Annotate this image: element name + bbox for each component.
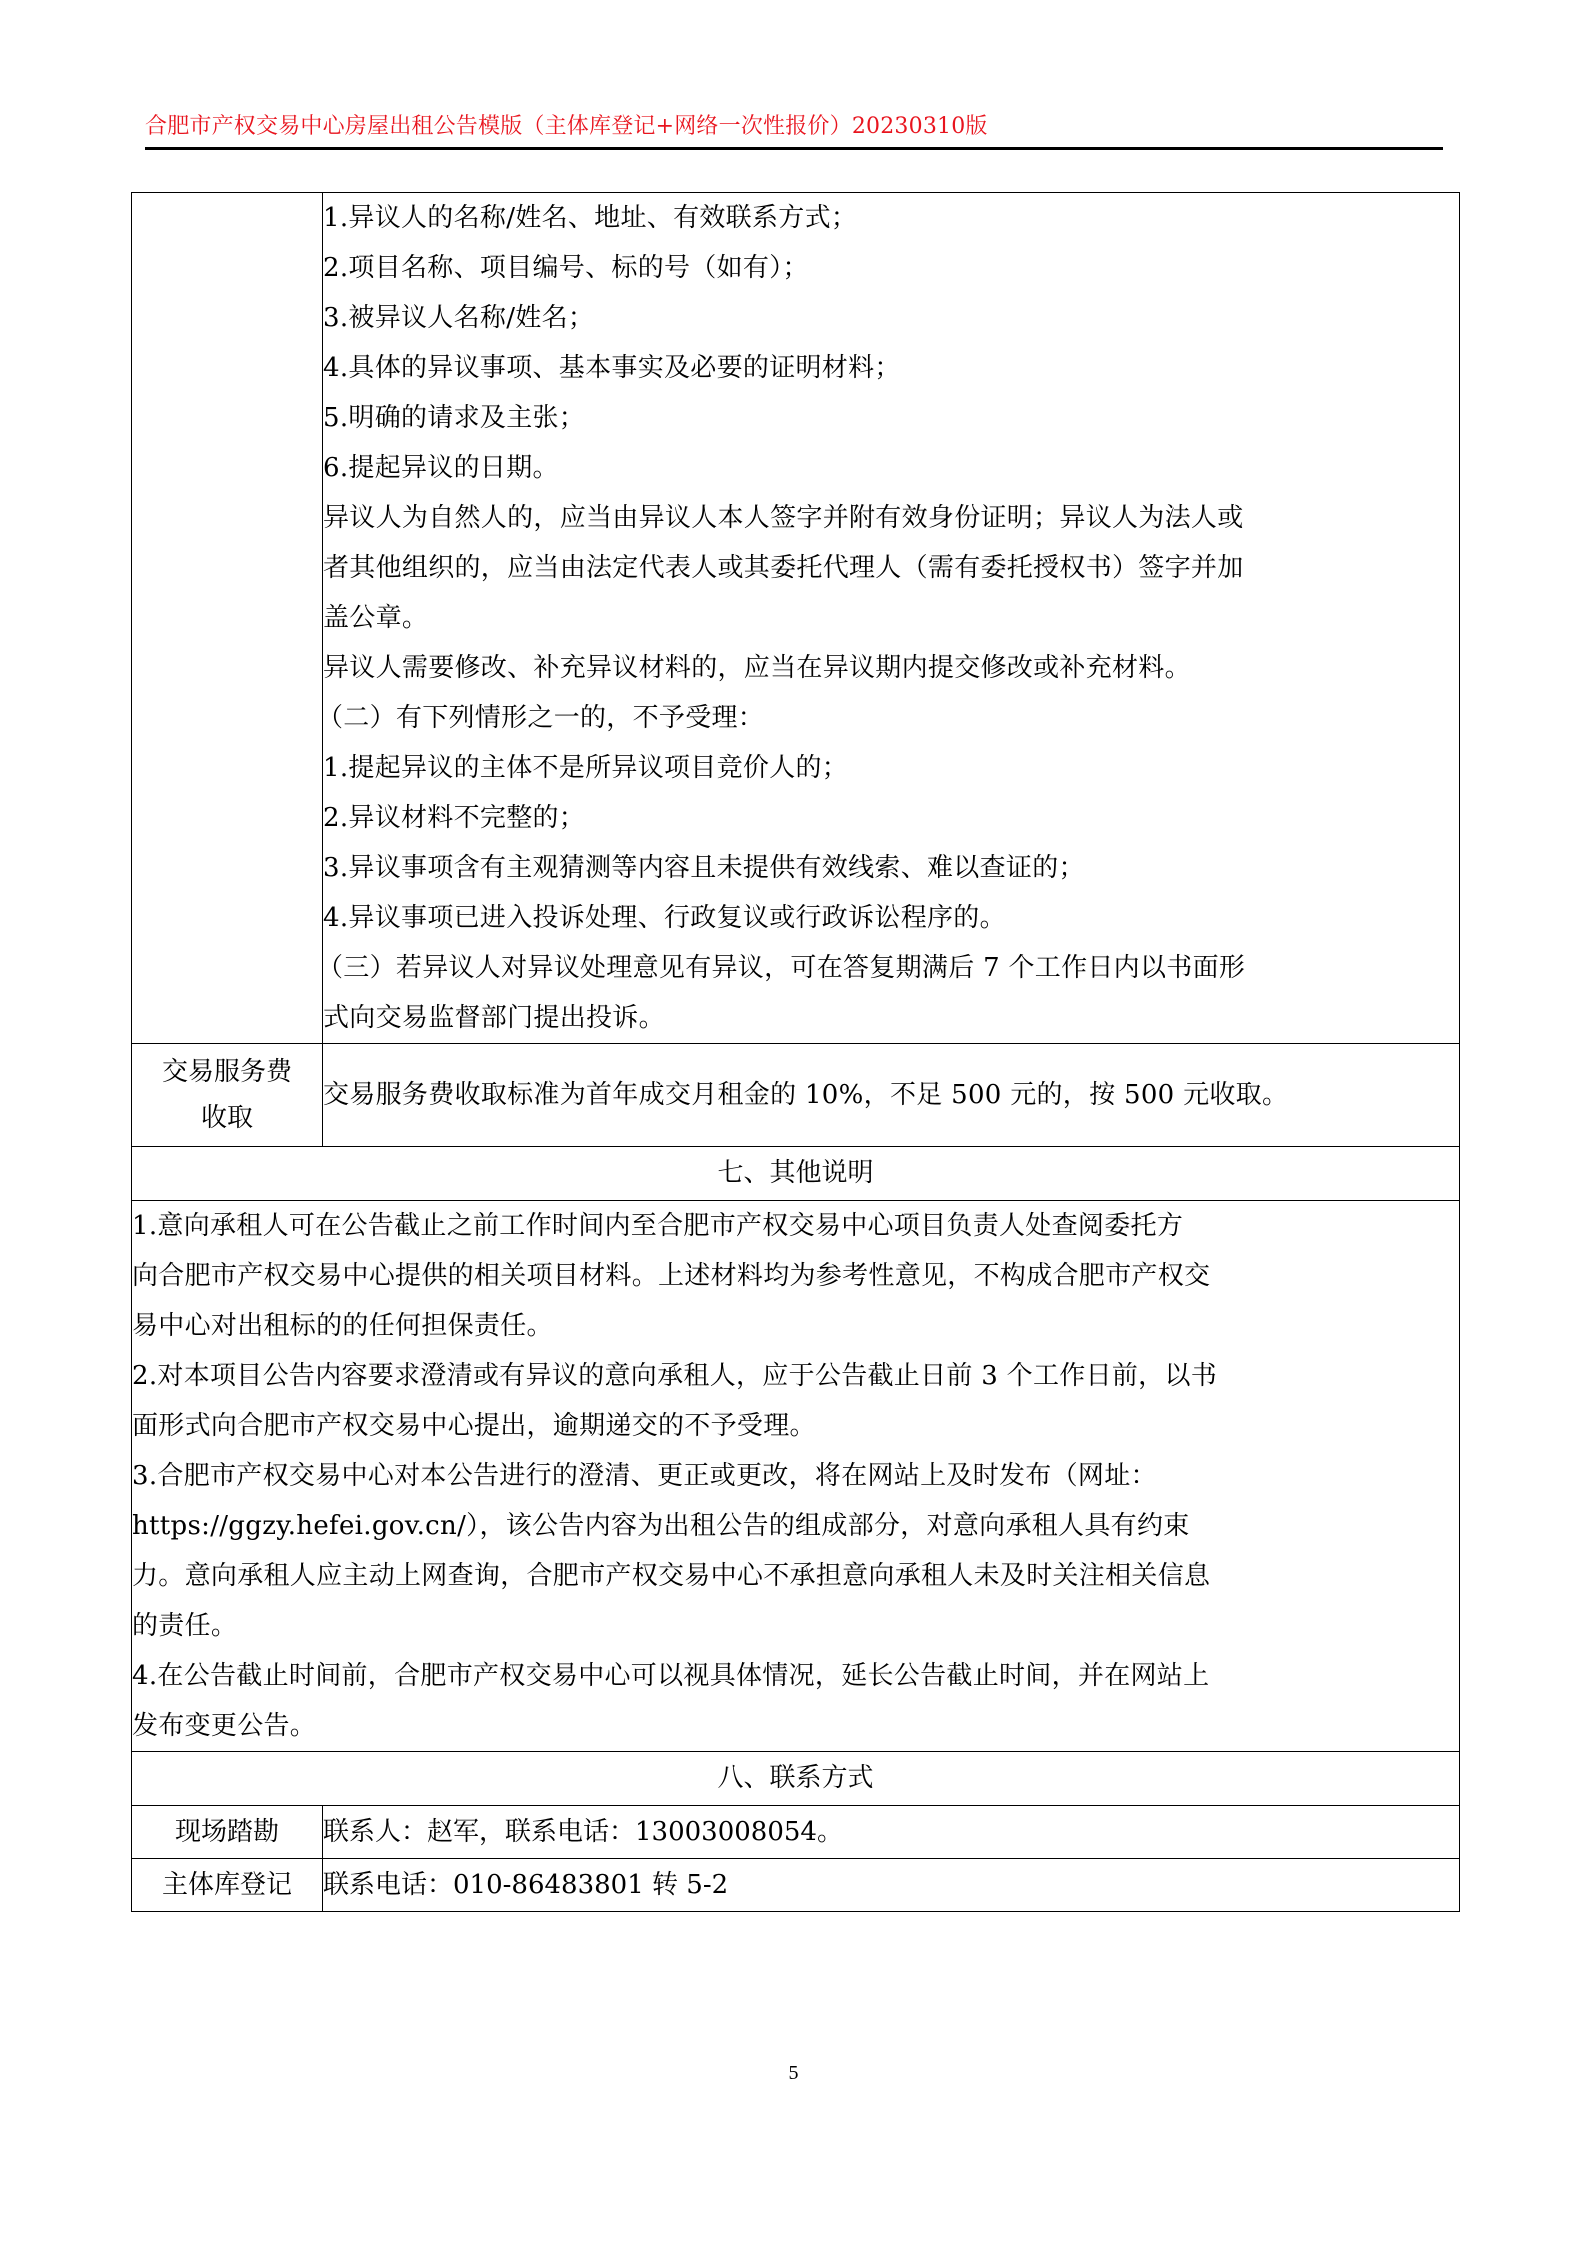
objection-line: 3.异议事项含有主观猜测等内容且未提供有效线索、难以查证的； <box>323 843 1459 893</box>
objection-subheading: （二）有下列情形之一的，不予受理： <box>317 693 1459 743</box>
objection-line: 式向交易监督部门提出投诉。 <box>323 993 1459 1043</box>
contact-row-site-visit: 现场踏勘 联系人：赵军，联系电话：13003008054。 <box>132 1806 1460 1859</box>
note-line: 力。意向承租人应主动上网查询，合肥市产权交易中心不承担意向承租人未及时关注相关信… <box>132 1551 1459 1601</box>
service-fee-label: 交易服务费 收取 <box>132 1044 323 1147</box>
section8-title-row: 八、联系方式 <box>132 1752 1460 1806</box>
objection-line: 1.异议人的名称/姓名、地址、有效联系方式； <box>323 193 1459 243</box>
service-fee-label-line: 收取 <box>132 1095 322 1141</box>
objection-line: 5.明确的请求及主张； <box>323 393 1459 443</box>
page-number: 5 <box>0 2062 1587 2085</box>
note-line: 的责任。 <box>132 1601 1459 1651</box>
website-link-line[interactable]: https://ggzy.hefei.gov.cn/），该公告内容为出租公告的组… <box>132 1501 1459 1551</box>
objection-line: 3.被异议人名称/姓名； <box>323 293 1459 343</box>
section7-content: 1.意向承租人可在公告截止之前工作时间内至合肥市产权交易中心项目负责人处查阅委托… <box>132 1201 1460 1752</box>
note-line: 发布变更公告。 <box>132 1701 1459 1751</box>
note-line: 3.合肥市产权交易中心对本公告进行的澄清、更正或更改，将在网站上及时发布（网址： <box>132 1451 1459 1501</box>
note-line: 2.对本项目公告内容要求澄清或有异议的意向承租人，应于公告截止日前 3 个工作日… <box>132 1351 1459 1401</box>
objection-line: 盖公章。 <box>323 593 1459 643</box>
contact-label: 现场踏勘 <box>132 1806 323 1859</box>
objection-line: 4.具体的异议事项、基本事实及必要的证明材料； <box>323 343 1459 393</box>
objection-line: 者其他组织的，应当由法定代表人或其委托代理人（需有委托授权书）签字并加 <box>323 543 1459 593</box>
objection-line: 2.项目名称、项目编号、标的号（如有）； <box>323 243 1459 293</box>
note-line: 面形式向合肥市产权交易中心提出，逾期递交的不予受理。 <box>132 1401 1459 1451</box>
document-header-title: 合肥市产权交易中心房屋出租公告模版（主体库登记+网络一次性报价）20230310… <box>145 112 1443 142</box>
objection-line: 4.异议事项已进入投诉处理、行政复议或行政诉讼程序的。 <box>323 893 1459 943</box>
objection-line: 2.异议材料不完整的； <box>323 793 1459 843</box>
service-fee-label-line: 交易服务费 <box>132 1049 322 1095</box>
note-line: 4.在公告截止时间前，合肥市产权交易中心可以视具体情况，延长公告截止时间，并在网… <box>132 1651 1459 1701</box>
contact-label: 主体库登记 <box>132 1859 323 1912</box>
section8-title: 八、联系方式 <box>132 1752 1460 1806</box>
note-line: 向合肥市产权交易中心提供的相关项目材料。上述材料均为参考性意见，不构成合肥市产权… <box>132 1251 1459 1301</box>
service-fee-row: 交易服务费 收取 交易服务费收取标准为首年成交月租金的 10%，不足 500 元… <box>132 1044 1460 1147</box>
objection-content: 1.异议人的名称/姓名、地址、有效联系方式； 2.项目名称、项目编号、标的号（如… <box>323 193 1460 1044</box>
contact-value: 联系人：赵军，联系电话：13003008054。 <box>323 1806 1460 1859</box>
objection-label-cell <box>132 193 323 1044</box>
objection-line: 6.提起异议的日期。 <box>323 443 1459 493</box>
service-fee-value-cell: 交易服务费收取标准为首年成交月租金的 10%，不足 500 元的，按 500 元… <box>323 1044 1460 1147</box>
announcement-table: 1.异议人的名称/姓名、地址、有效联系方式； 2.项目名称、项目编号、标的号（如… <box>131 192 1460 1912</box>
note-line: 易中心对出租标的的任何担保责任。 <box>132 1301 1459 1351</box>
header-divider <box>145 147 1443 150</box>
section7-title-row: 七、其他说明 <box>132 1147 1460 1201</box>
objection-line: 1.提起异议的主体不是所异议项目竞价人的； <box>323 743 1459 793</box>
objection-row: 1.异议人的名称/姓名、地址、有效联系方式； 2.项目名称、项目编号、标的号（如… <box>132 193 1460 1044</box>
note-line: 1.意向承租人可在公告截止之前工作时间内至合肥市产权交易中心项目负责人处查阅委托… <box>132 1201 1459 1251</box>
section7-title: 七、其他说明 <box>132 1147 1460 1201</box>
objection-line: 异议人为自然人的，应当由异议人本人签字并附有效身份证明；异议人为法人或 <box>323 493 1459 543</box>
objection-subheading: （三）若异议人对异议处理意见有异议，可在答复期满后 7 个工作日内以书面形 <box>317 943 1459 993</box>
service-fee-value: 交易服务费收取标准为首年成交月租金的 10%，不足 500 元的，按 500 元… <box>323 1070 1459 1120</box>
contact-row-registration: 主体库登记 联系电话：010-86483801 转 5-2 <box>132 1859 1460 1912</box>
section7-content-row: 1.意向承租人可在公告截止之前工作时间内至合肥市产权交易中心项目负责人处查阅委托… <box>132 1201 1460 1752</box>
contact-value: 联系电话：010-86483801 转 5-2 <box>323 1859 1460 1912</box>
objection-line: 异议人需要修改、补充异议材料的，应当在异议期内提交修改或补充材料。 <box>323 643 1459 693</box>
page-header: 合肥市产权交易中心房屋出租公告模版（主体库登记+网络一次性报价）20230310… <box>145 112 1443 150</box>
